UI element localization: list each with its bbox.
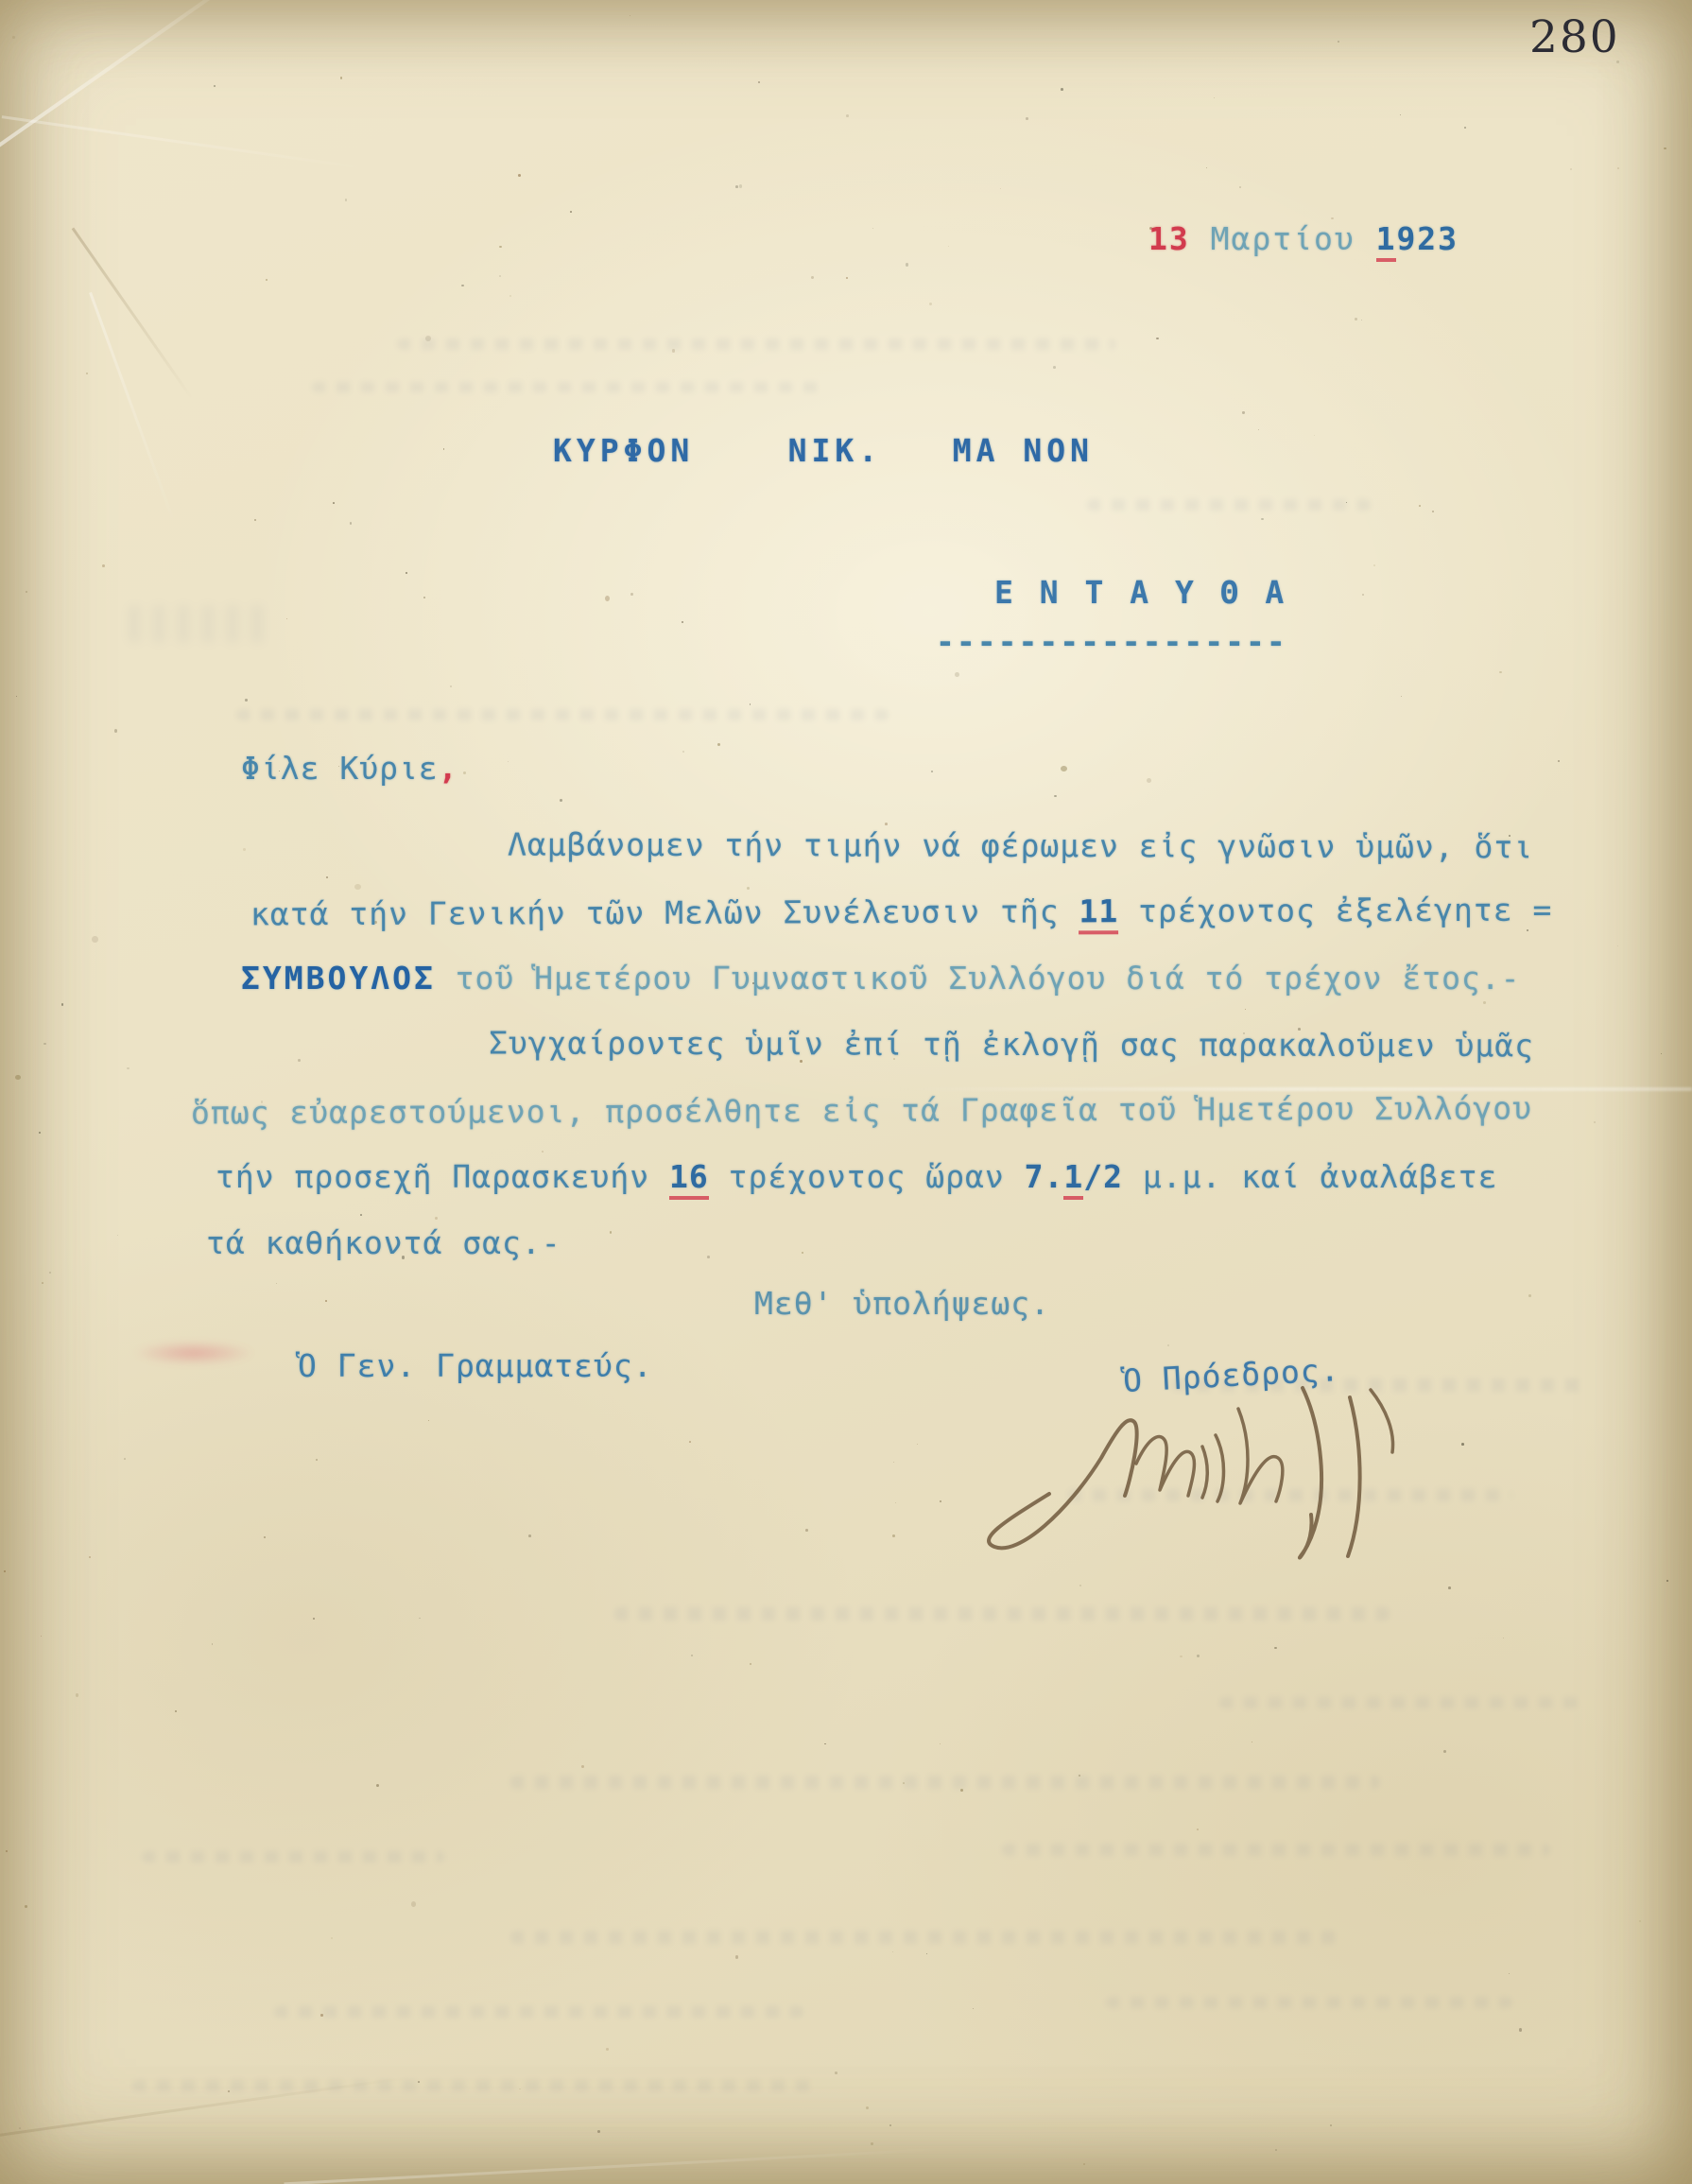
bleed-mark [312,382,822,392]
body-line-2: κατά τήν Γενικήν τῶν Μελῶν Συνέλευσιν τῆ… [250,894,1552,930]
bleed-mark [1219,1697,1579,1708]
paper-crease [2,115,377,171]
body-line-3: ΣΥΜΒΟΥΛΟΣ τοῦ Ἡμετέρου Γυμναστικοῦ Συλλό… [241,962,1521,994]
scanned-letter-page: 280 13 Μαρτίου 1923 ΚΥΡΦΟΝ ΝΙΚ. ΜΑ ΝΟΝ Ε… [0,0,1692,2184]
paper-crease [89,292,176,524]
body-line-6: τήν προσεχῆ Παρασκευήν 16 τρέχοντος ὥραν… [216,1161,1497,1192]
bleed-mark [132,2080,813,2091]
body-line-7: τά καθήκοντά σας.- [206,1227,561,1258]
addressee-line: ΚΥΡΦΟΝ ΝΙΚ. ΜΑ ΝΟΝ [553,435,1094,466]
bleed-mark [274,2006,803,2018]
bleed-mark [142,1851,444,1863]
bleed-mark [1087,499,1371,511]
bleed-mark [510,1776,1380,1789]
body-line-5: ὅπως εὐαρεστούμενοι, προσέλθητε εἰς τά Γ… [191,1093,1532,1129]
red-ink-smudge [132,1341,255,1365]
salutation: Φίλε Κύριε, [241,753,458,784]
location-underline: ----------------- [936,626,1287,657]
body-line-1: Λαμβάνομεν τήν τιμήν νά φέρωμεν εἰς γνῶσ… [508,829,1533,863]
body-line-4: Συγχαίροντες ὑμῖν ἐπί τῇ ἐκλογῇ σας παρα… [489,1028,1534,1062]
secretary-title: Ὁ Γεν. Γραμματεύς. [298,1350,653,1381]
bleed-mark [510,1931,1342,1944]
paper-crease [72,228,194,400]
bleed-mark [614,1607,1390,1621]
bleed-mark [236,709,889,720]
bleed-mark [397,338,1115,350]
closing-line: Μεθ' ὑπολήψεως. [754,1288,1050,1319]
letter-date: 13 Μαρτίου 1923 [1148,223,1459,254]
bleed-mark [128,605,269,643]
handwritten-signature [926,1352,1512,1569]
paper-crease [0,0,255,152]
page-number: 280 [1529,11,1620,63]
bleed-mark [1106,1997,1512,2008]
location-line: Ε Ν Τ Α Υ Θ Α [994,577,1287,608]
paper-crease [284,2148,944,2184]
bleed-mark [1002,1844,1550,1856]
